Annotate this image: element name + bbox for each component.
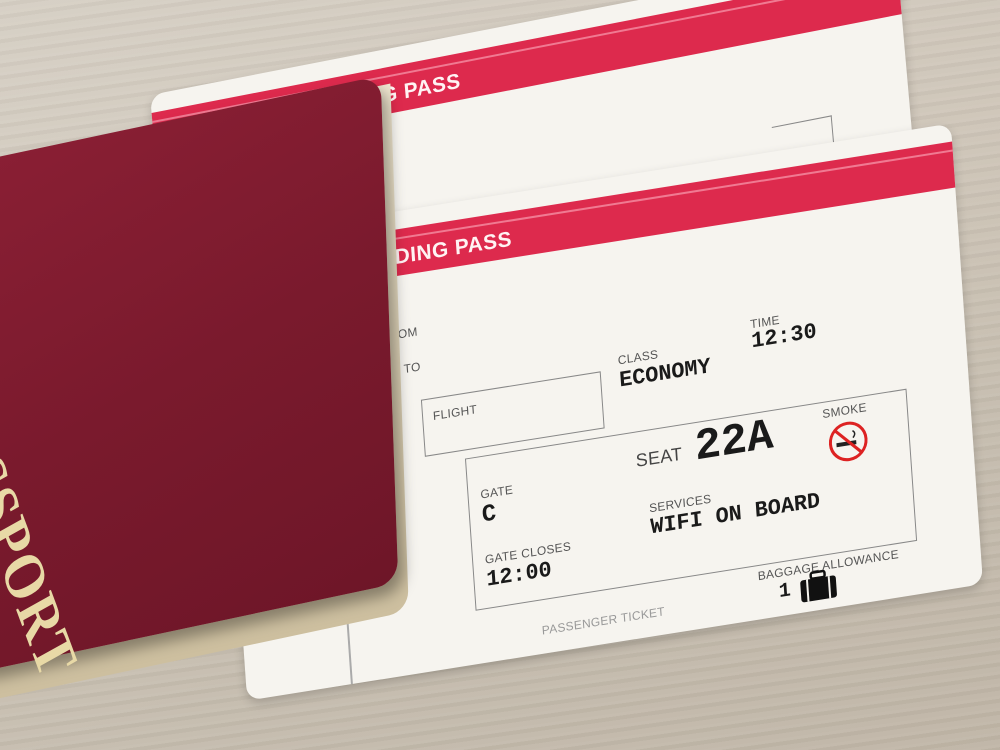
gate-value: C: [481, 500, 497, 529]
passport: PASSPORT: [0, 76, 398, 673]
suitcase-icon: [798, 567, 840, 605]
gate-label: GATE: [480, 482, 514, 501]
to-label: TO: [403, 359, 421, 376]
passport-title: PASSPORT: [0, 374, 92, 690]
no-smoking-icon: [825, 416, 872, 467]
passenger-ticket-label: PASSENGER TICKET: [541, 604, 665, 637]
seat-value: 22A: [693, 411, 775, 473]
baggage-value: 1: [778, 579, 791, 604]
seat-label: SEAT: [635, 444, 683, 472]
flight-label: FLIGHT: [433, 402, 478, 423]
